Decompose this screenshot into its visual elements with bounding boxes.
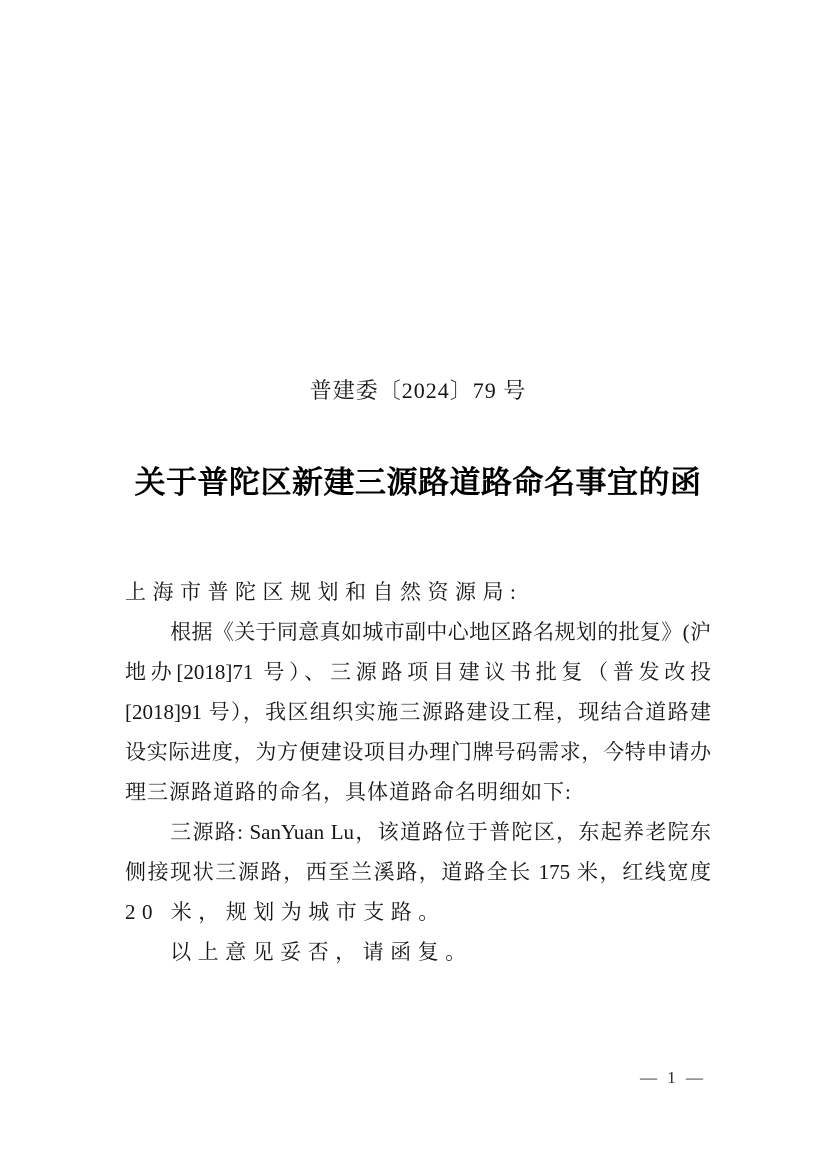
body-line: [2018]91 号），我区组织实施三源路建设工程，现结合道路建 <box>125 692 711 732</box>
document-title: 关于普陀区新建三源路道路命名事宜的函 <box>113 460 723 506</box>
body-line: 以上意见妥否，请函复。 <box>125 932 711 972</box>
page-number: — 1 — <box>640 1068 706 1088</box>
document-number: 普建委〔2024〕79 号 <box>125 376 711 406</box>
document-page: 普建委〔2024〕79 号 关于普陀区新建三源路道路命名事宜的函 上海市普陀区规… <box>0 0 826 1169</box>
body-line: 上海市普陀区规划和自然资源局: <box>125 572 711 612</box>
body-line: 根据《关于同意真如城市副中心地区路名规划的批复》(沪 <box>125 612 711 652</box>
body-line: 三源路: SanYuan Lu，该道路位于普陀区，东起养老院东 <box>125 812 711 852</box>
body-line: 地办[2018]71 号）、三源路项目建议书批复（普发改投 <box>125 652 711 692</box>
document-body: 上海市普陀区规划和自然资源局:根据《关于同意真如城市副中心地区路名规划的批复》(… <box>125 572 711 972</box>
body-line: 理三源路道路的命名，具体道路命名明细如下: <box>125 772 711 812</box>
body-line: 侧接现状三源路，西至兰溪路，道路全长 175 米，红线宽度 <box>125 852 711 892</box>
body-line: 设实际进度，为方便建设项目办理门牌号码需求，今特申请办 <box>125 732 711 772</box>
body-line: 20 米，规划为城市支路。 <box>125 892 711 932</box>
